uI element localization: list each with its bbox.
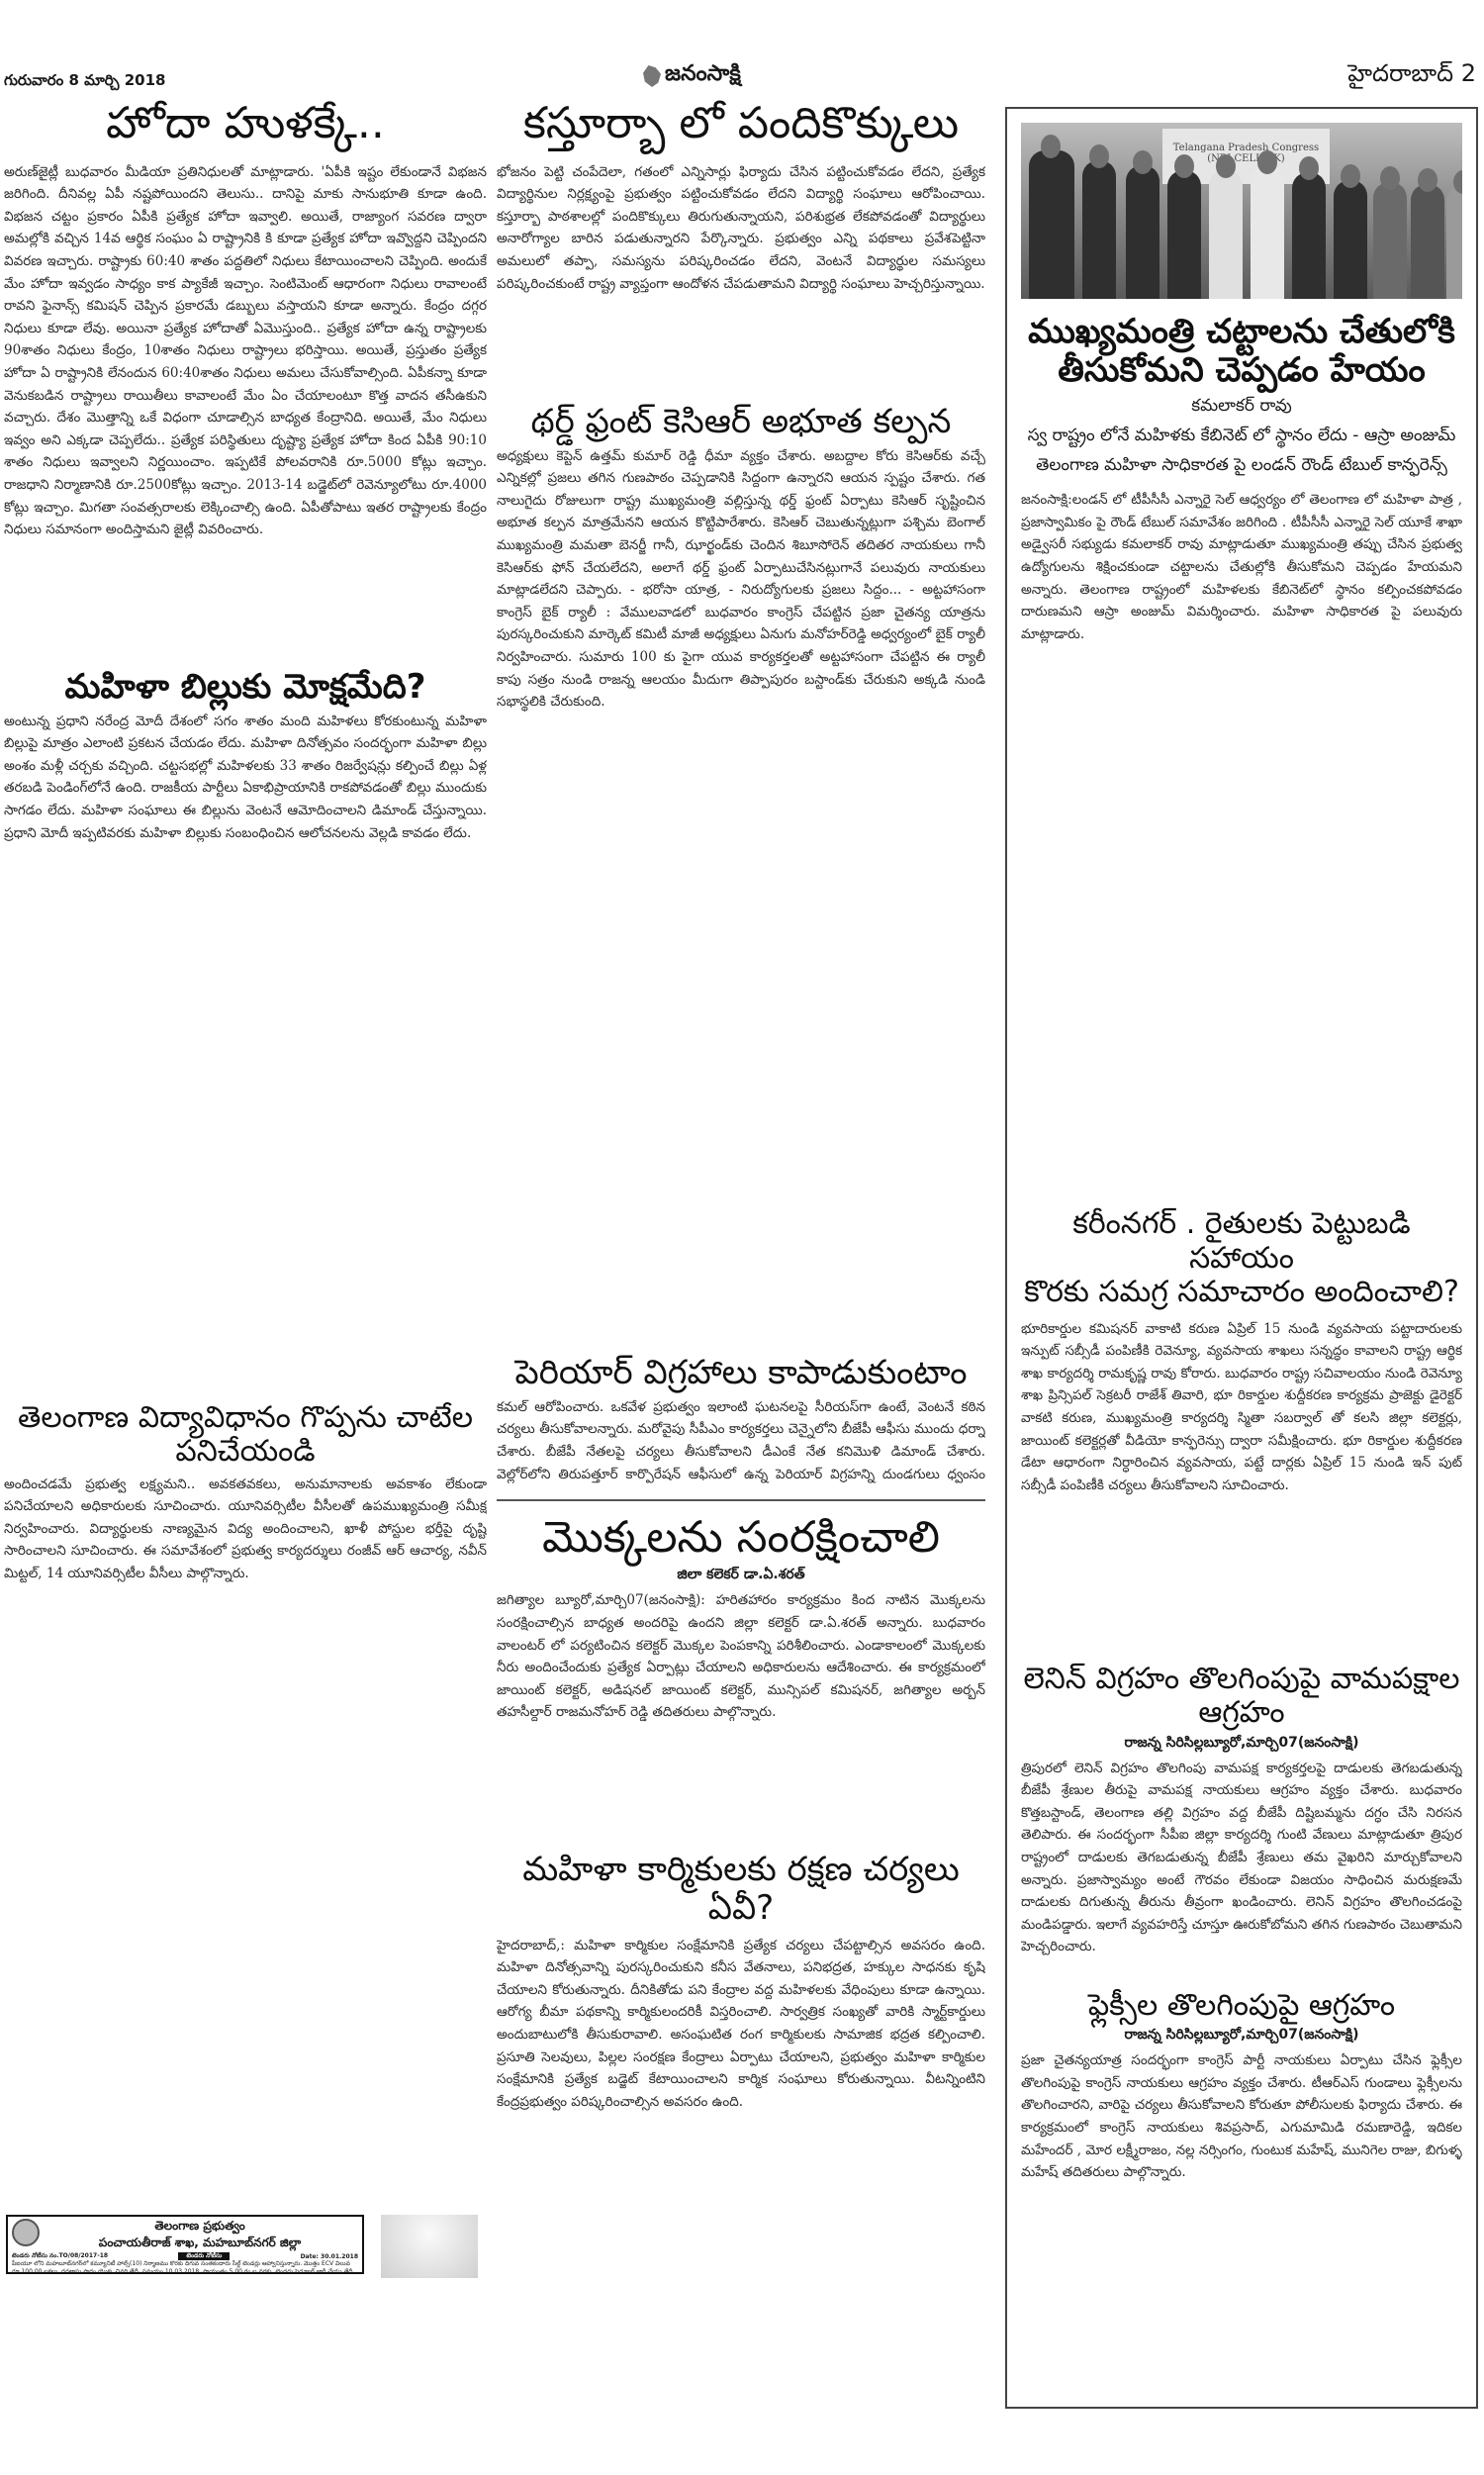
article-body: త్రిపురలో లెనిన్ విగ్రహం తొలగింపు వామపక్… [1021,1758,1462,1981]
notice-date: Date: 30.01.2018 [301,2253,358,2260]
telangana-map-icon [643,65,661,87]
article-headline: మొక్కలను సంరక్షించాలి [497,1513,985,1564]
article-headline-line1: కరీంనగర్ . రైతులకు పెట్టుబడి సహాయం [1021,1207,1462,1276]
article-headline: కస్తూర్బా లో పందికొక్కులు [497,99,985,149]
article-flexi-removal: ఫ్లెక్సీల తొలగింపుపై ఆగ్రహం రాజన్న సిరిస… [1021,1989,1462,2320]
article-headline-line2: తీసుకోమని చెప్పడం హేయం [1021,351,1462,390]
article-body: హైదరాబాద్,: మహిళా కార్మికుల సంక్షేమానికి… [497,1935,985,2400]
article-headline: పెరియార్ విగ్రహాలు కాపాడుకుంటాం [497,1354,985,1392]
person-head [1041,135,1061,158]
person-silhouette [1167,170,1201,299]
article-byline: కమలాకర్ రావు [1021,396,1462,420]
notice-tag: టెండరు నోటీసు [178,2252,230,2260]
person-silhouette [1126,165,1159,299]
article-body: కమల్ ఆరోపించారు. ఒకవేళ ప్రభుత్వం ఇలాంటి … [497,1396,985,1487]
notice-number: టెండరు నోటీసు నం.TO/08/2017-18 [12,2252,108,2260]
middle-column: కస్తూర్బా లో పందికొక్కులు భోజనం పెట్టి చ… [497,99,985,2400]
notice-subtitle: పంచాయతీరాజ్ శాఖ, మహబూబ్‌నగర్ జిల్లా [42,2236,358,2252]
article-body: భోజనం పెట్టి చంపేదెలా, గతంలో ఎన్నిసార్లు… [497,161,985,385]
article-body: అరుణ్‌జైట్లీ బుధవారం మీడియా ప్రతినిధులతో… [4,161,487,654]
article-lenin-statue: లెనిన్ విగ్రహం తొలగింపుపై వామపక్షాల ఆగ్ర… [1021,1663,1462,1981]
person-silhouette [1251,166,1284,299]
notice-body: పీఐయూ లోని మహబూబ్‌నగర్‌లో కమ్యూనిటీ హాల్… [12,2260,358,2274]
person-head [1418,168,1438,192]
article-plants: మొక్కలను సంరక్షించాలి జిలా కలెకర్ డా.ఏ.శ… [497,1513,985,1840]
page-label: హైదరాబాద్ 2 [1347,59,1476,93]
person-head [1174,154,1194,178]
article-headline: మహిళా కార్మికులకు రక్షణ చర్యలు ఏవీ? [497,1851,985,1928]
article-headline: తెలంగాణ విద్యావిధానం గొప్పను చాటేల పనిచే… [4,1401,487,1470]
banner-line1: Telangana Pradesh Congress [1162,143,1330,153]
article-byline: జిలా కలెకర్ డా.ఏ.శరత్ [497,1567,985,1585]
article-dateline: రాజన్న సిరిసిల్లబ్యూరో,మార్చి07(జనంసాక్ష… [1021,2027,1462,2046]
government-seal-icon [12,2219,40,2246]
article-third-front: థర్డ్ ఫ్రంట్ కెసిఆర్ అభూత కల్పన అధ్యక్షు… [497,403,985,1340]
article-hoda: హోదా హుళక్కే.. అరుణ్‌జైట్లీ బుధవారం మీడి… [4,99,487,654]
person-silhouette [1292,172,1326,299]
person-head [1133,150,1153,174]
article-headline: లెనిన్ విగ్రహం తొలగింపుపై వామపక్షాల ఆగ్ర… [1021,1663,1462,1731]
person-silhouette [1029,150,1074,299]
article-subhead: స్వ రాష్ట్రం లోనే మహిళకు కేబినెట్ లో స్థ… [1021,426,1462,449]
article-dateline: రాజన్న సిరిసిల్లబ్యూరో,మార్చి07(జనంసాక్ష… [1021,1735,1462,1754]
right-column-box: Telangana Pradesh Congress (NRI CELL UK)… [1005,107,1478,2409]
article-body: అందించడమే ప్రభుత్వ లక్ష్యమని.. అవకతవకలు,… [4,1474,487,2135]
article-headline-line1: ముఖ్యమంత్రి చట్టాలను చేతులోకి [1021,313,1462,351]
person-head [1341,164,1360,188]
person-head [1257,150,1277,174]
left-column: హోదా హుళక్కే.. అరుణ్‌జైట్లీ బుధవారం మీడి… [4,99,487,2135]
person-silhouette [1082,160,1116,299]
person-head [1299,156,1319,180]
newspaper-name: జనంసాక్షి [665,61,741,91]
article-headline: థర్డ్ ఫ్రంట్ కెసిఆర్ అభూత కల్పన [497,403,985,441]
person-silhouette [1411,184,1444,299]
notice-title: తెలంగాణ ప్రభుత్వం [42,2219,358,2236]
article-cm-laws: ముఖ్యమంత్రి చట్టాలను చేతులోకి తీసుకోమని … [1021,313,1462,1199]
article-headline-line2: కొరకు సమగ్ర సమాచారం అందించాలి? [1021,1276,1462,1310]
article-karimnagar-farmers: కరీంనగర్ . రైతులకు పెట్టుబడి సహాయం కొరకు… [1021,1207,1462,1655]
article-periyar: పెరియార్ విగ్రహాలు కాపాడుకుంటాం కమల్ ఆరో… [497,1354,985,1487]
issue-date: గురువారం 8 మార్చి 2018 [4,71,165,93]
tender-notice-ad: తెలంగాణ ప్రభుత్వం పంచాయతీరాజ్ శాఖ, మహబూబ… [6,2215,364,2274]
person-head [1089,144,1109,168]
person-silhouette [1373,182,1407,299]
notice-meta-row: టెండరు నోటీసు నం.TO/08/2017-18 టెండరు నో… [12,2252,358,2260]
article-womens-bill: మహిళా బిల్లుకు మోక్షమేది? అంటున్న ప్రధాన… [4,668,487,1389]
article-subhead: తెలంగాణ మహిళా సాధికారత పై లండన్ రౌండ్ టే… [1021,455,1462,479]
person-head [1380,166,1400,190]
person-silhouette [1446,186,1462,299]
congress-group-photo: Telangana Pradesh Congress (NRI CELL UK) [1021,123,1462,299]
person-silhouette [1209,170,1243,299]
article-headline: ఫ్లెక్సీల తొలగింపుపై ఆగ్రహం [1021,1989,1462,2024]
article-body: భూరికార్డుల కమిషనర్ వాకాటి కరుణ ఏప్రిల్ … [1021,1318,1462,1655]
person-head [1216,154,1236,178]
person-silhouette [1334,180,1367,299]
article-telangana-education: తెలంగాణ విద్యావిధానం గొప్పను చాటేల పనిచే… [4,1401,487,2135]
article-body: అంటున్న ప్రధాని నరేంద్ర మోదీ దేశంలో సగం … [4,711,487,1389]
blank-ad-space [381,2215,478,2278]
article-body: జనంసాక్షి:లండన్ లో టీపీసీసీ ఎన్నారై సెల్… [1021,489,1462,1199]
section-divider [497,1499,985,1501]
article-headline: మహిళా బిల్లుకు మోక్షమేది? [4,668,487,707]
newspaper-logo: జనంసాక్షి [643,61,741,91]
article-women-workers: మహిళా కార్మికులకు రక్షణ చర్యలు ఏవీ? హైదర… [497,1851,985,2399]
article-body: జగిత్యాల బ్యూరో,మార్చి07(జనంసాక్షి): హరి… [497,1589,985,1839]
article-headline: హోదా హుళక్కే.. [4,99,487,149]
article-body: అధ్యక్షులు కెప్టెన్ ఉత్తమ్ కుమార్ రెడ్డి… [497,445,985,1340]
article-kasturba: కస్తూర్బా లో పందికొక్కులు భోజనం పెట్టి చ… [497,99,985,385]
article-body: ప్రజా చైతన్యయాత్ర సందర్భంగా కాంగ్రెస్ పా… [1021,2049,1462,2319]
